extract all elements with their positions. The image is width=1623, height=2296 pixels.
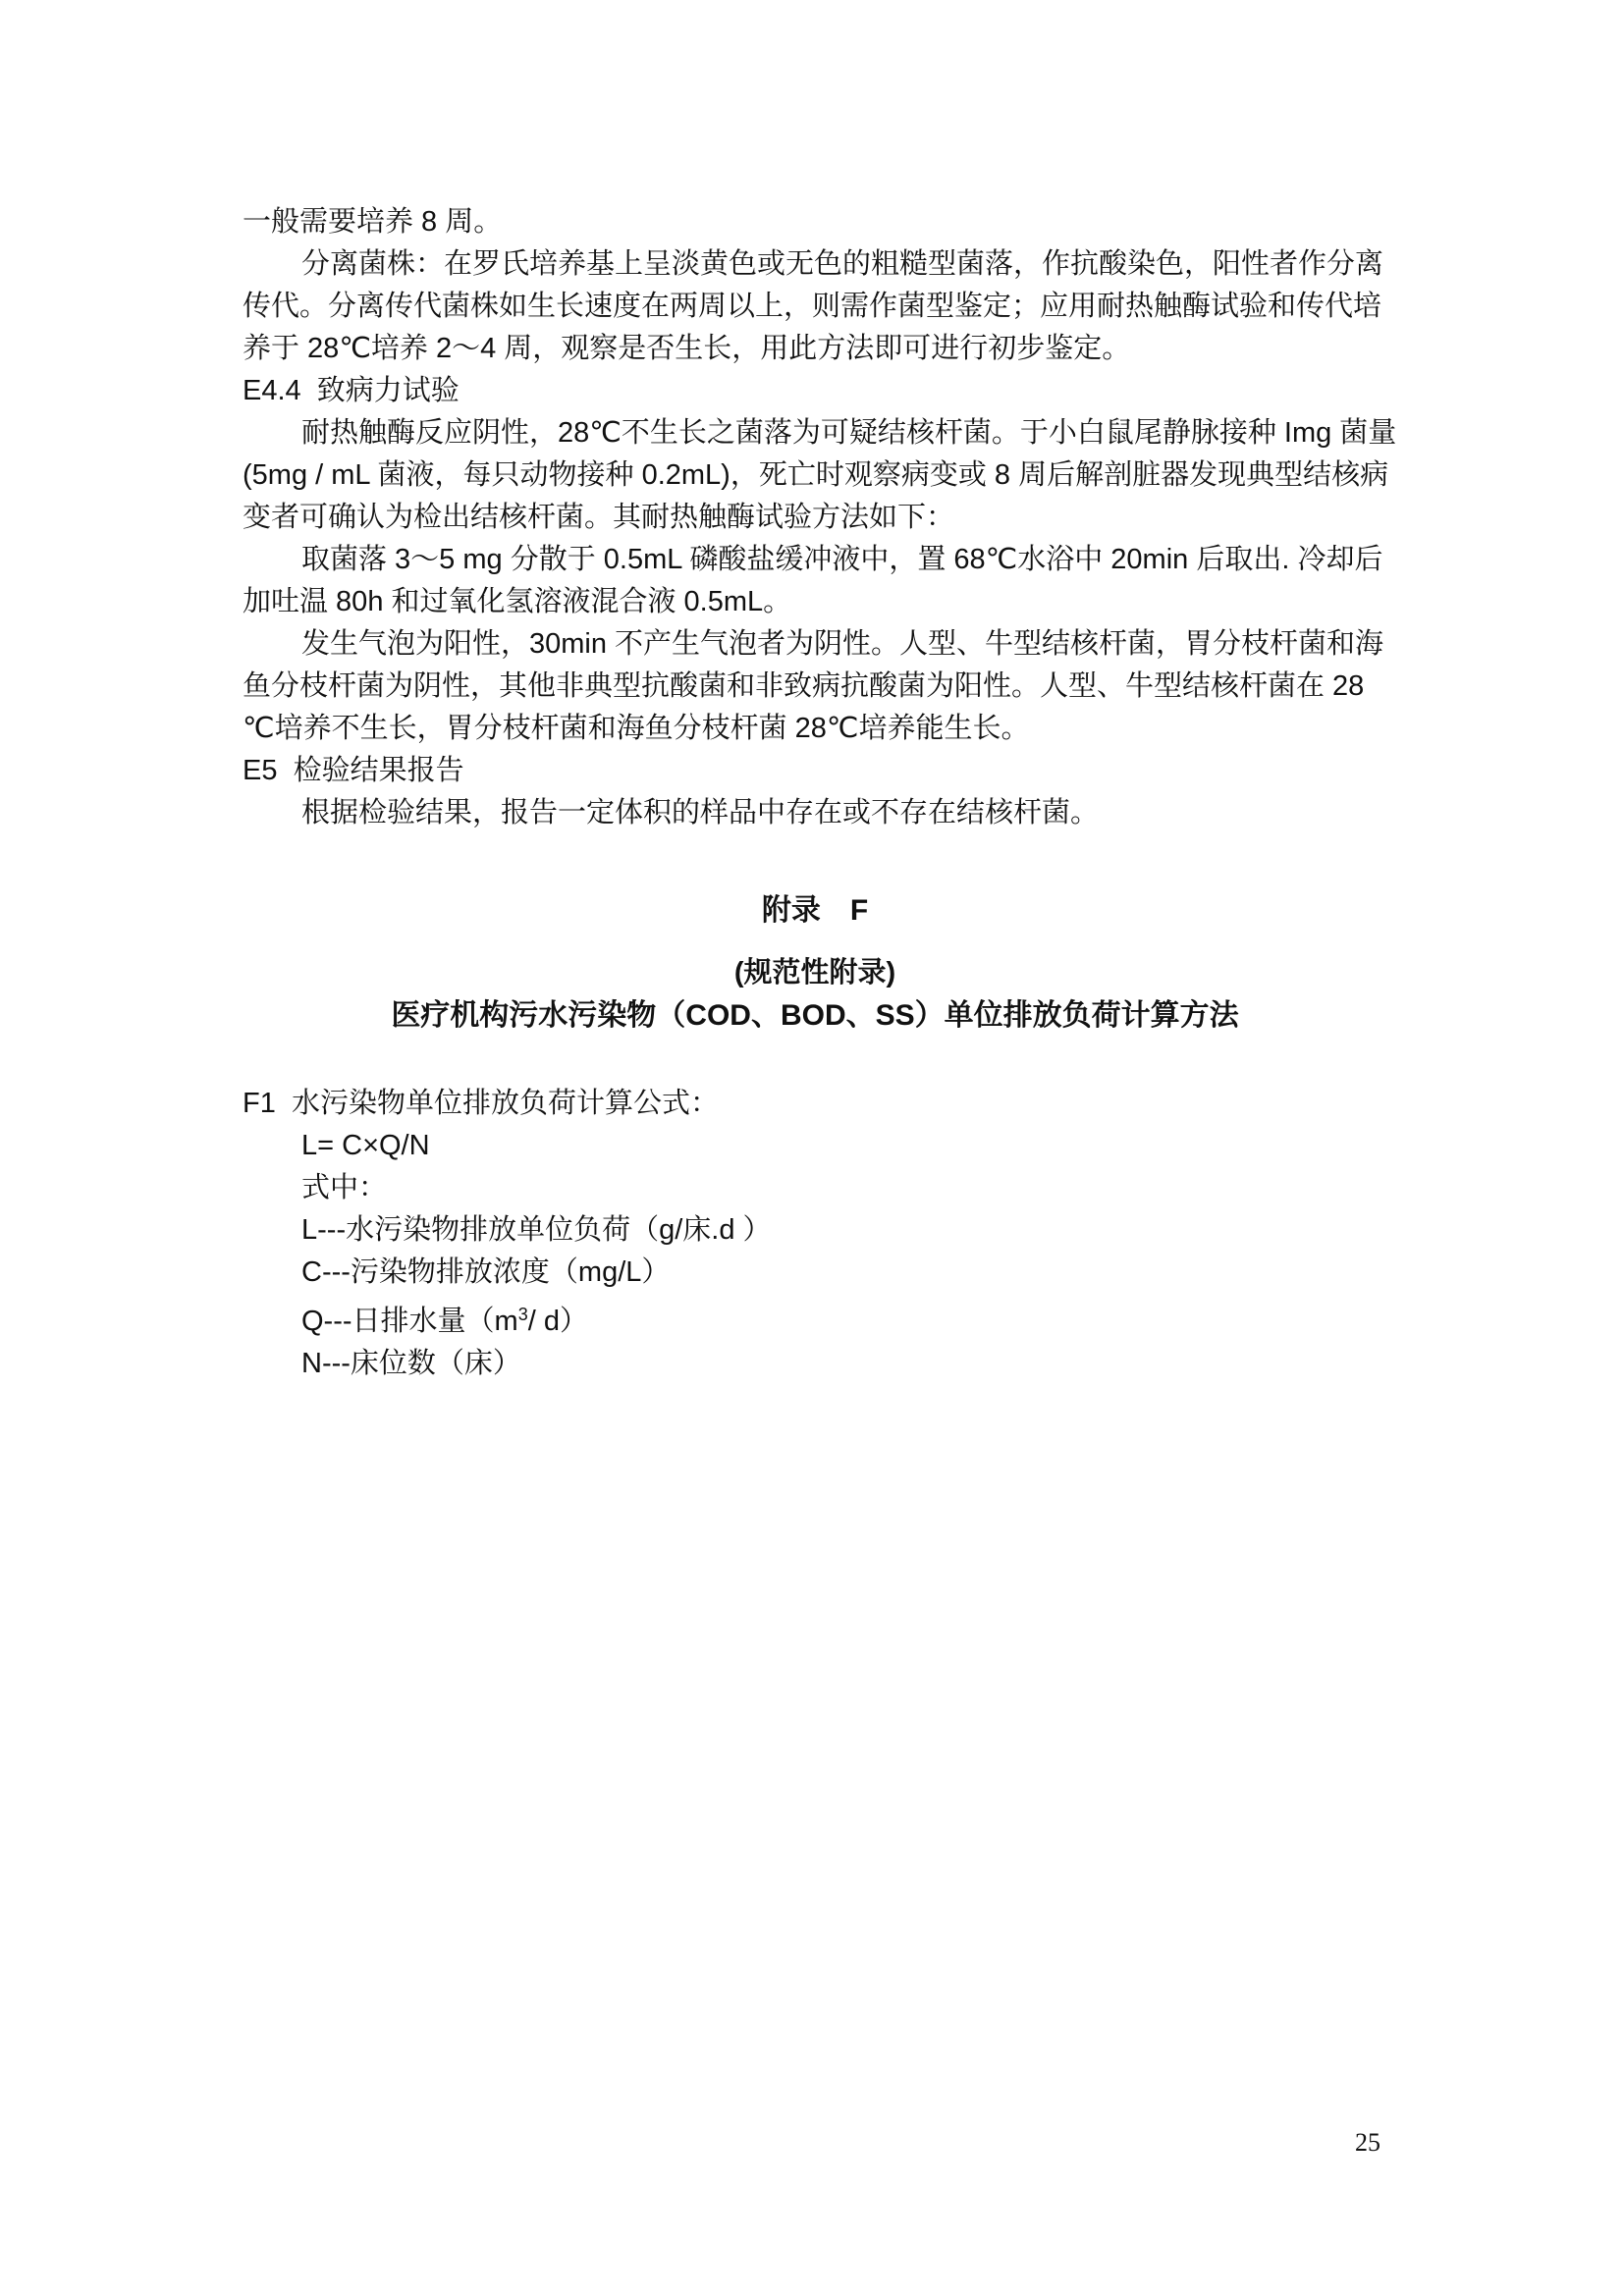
- section-heading-f1: F1 水污染物单位排放负荷计算公式：: [243, 1083, 1387, 1125]
- section-f: F1 水污染物单位排放负荷计算公式： L= C×Q/N 式中： L---水污染物…: [243, 1083, 1387, 1385]
- body-line: 变者可确认为检出结核杆菌。其耐热触酶试验方法如下：: [243, 497, 1387, 539]
- section-heading-e5: E5 检验结果报告: [243, 750, 1387, 792]
- where-label: 式中：: [243, 1167, 1387, 1209]
- body-line: (5mg / mL 菌液，每只动物接种 0.2mL)，死亡时观察病变或 8 周后…: [243, 454, 1387, 497]
- appendix-heading: 医疗机构污水污染物（COD、BOD、SS）单位排放负荷计算方法: [243, 994, 1387, 1037]
- body-line: 传代。分离传代菌株如生长速度在两周以上，则需作菌型鉴定；应用耐热触酶试验和传代培: [243, 286, 1387, 328]
- definition-c: C---污染物排放浓度（mg/L）: [243, 1252, 1387, 1294]
- appendix-title: 附录 F: [243, 889, 1387, 932]
- body-line: 耐热触酶反应阴性，28℃不生长之菌落为可疑结核杆菌。于小白鼠尾静脉接种 Img …: [243, 412, 1387, 454]
- page-number: 25: [1355, 2128, 1380, 2158]
- definition-q-pre: Q---日排水量（m: [301, 1306, 518, 1337]
- formula-line: L= C×Q/N: [243, 1125, 1387, 1167]
- body-line: 养于 28℃培养 2～4 周，观察是否生长，用此方法即可进行初步鉴定。: [243, 328, 1387, 370]
- definition-q: Q---日排水量（m3/ d）: [243, 1294, 1387, 1343]
- section-heading-e4-4: E4.4 致病力试验: [243, 370, 1387, 412]
- body-line: 根据检验结果，报告一定体积的样品中存在或不存在结核杆菌。: [243, 792, 1387, 834]
- body-line: 发生气泡为阳性，30min 不产生气泡者为阴性。人型、牛型结核杆菌，胃分枝杆菌和…: [243, 623, 1387, 666]
- body-line: ℃培养不生长，胃分枝杆菌和海鱼分枝杆菌 28℃培养能生长。: [243, 708, 1387, 750]
- definition-l: L---水污染物排放单位负荷（g/床.d ）: [243, 1209, 1387, 1252]
- body-line: 取菌落 3～5 mg 分散于 0.5mL 磷酸盐缓冲液中，置 68℃水浴中 20…: [243, 539, 1387, 581]
- appendix-subtitle: (规范性附录): [243, 952, 1387, 994]
- definition-q-post: / d）: [528, 1306, 588, 1337]
- page-content: 一般需要培养 8 周。 分离菌株：在罗氏培养基上呈淡黄色或无色的粗糙型菌落，作抗…: [243, 201, 1387, 1385]
- body-line: 加吐温 80h 和过氧化氢溶液混合液 0.5mL。: [243, 581, 1387, 623]
- body-line: 一般需要培养 8 周。: [243, 201, 1387, 243]
- document-page: 一般需要培养 8 周。 分离菌株：在罗氏培养基上呈淡黄色或无色的粗糙型菌落，作抗…: [0, 0, 1623, 2296]
- appendix-f-heading-block: 附录 F (规范性附录) 医疗机构污水污染物（COD、BOD、SS）单位排放负荷…: [243, 889, 1387, 1037]
- body-line: 分离菌株：在罗氏培养基上呈淡黄色或无色的粗糙型菌落，作抗酸染色，阳性者作分离: [243, 243, 1387, 286]
- definition-q-superscript: 3: [518, 1305, 528, 1324]
- body-text: 一般需要培养 8 周。 分离菌株：在罗氏培养基上呈淡黄色或无色的粗糙型菌落，作抗…: [243, 201, 1387, 834]
- definition-n: N---床位数（床）: [243, 1343, 1387, 1385]
- body-line: 鱼分枝杆菌为阴性，其他非典型抗酸菌和非致病抗酸菌为阳性。人型、牛型结核杆菌在 2…: [243, 666, 1387, 708]
